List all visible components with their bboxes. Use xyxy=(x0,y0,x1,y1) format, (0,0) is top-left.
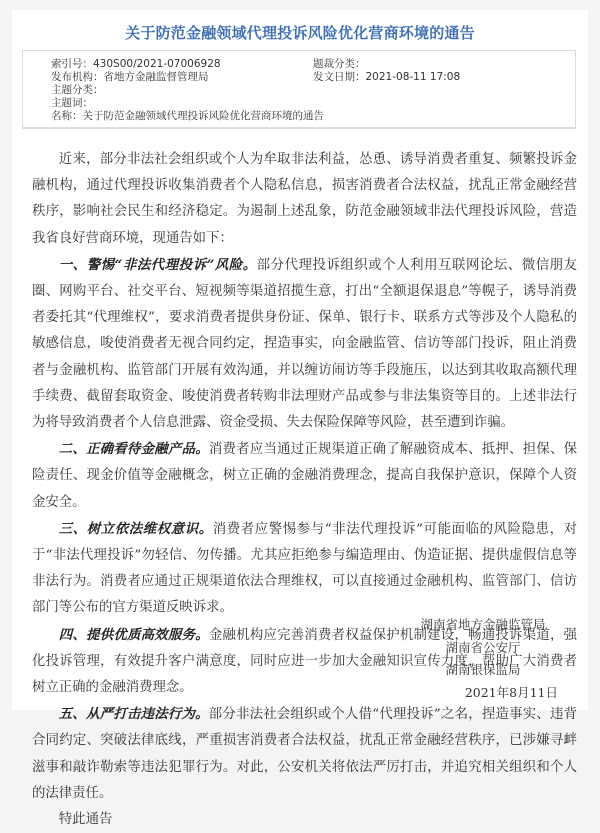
document-panel: 关于防范金融领域代理投诉风险优化营商环境的通告 索引号：430S00/2021-… xyxy=(12,10,588,696)
section-heading-3: 三、树立依法维权意识。 xyxy=(59,521,213,537)
info-category-label: 题裁分类： xyxy=(313,58,366,70)
info-keywords-label: 主题词： xyxy=(51,97,93,109)
info-publisher-value: 省地方金融监督管理局 xyxy=(104,71,209,83)
signature-block: 湖南省地方金融监管局 湖南省公安厅 湖南银保监局 2021年8月11日 xyxy=(408,614,558,696)
section-heading-1: 一、警惕“非法代理投诉”风险。 xyxy=(59,257,257,273)
info-publisher: 发布机构：省地方金融监督管理局 xyxy=(51,71,209,84)
section-heading-4: 四、提供优质高效服务。 xyxy=(59,627,209,643)
info-name: 名称：关于防范金融领域代理投诉风险优化营商环境的通告 xyxy=(51,110,324,123)
info-index-no-label: 索引号： xyxy=(51,58,93,70)
info-date-label: 发文日期： xyxy=(313,71,366,83)
info-name-value: 关于防范金融领域代理投诉风险优化营商环境的通告 xyxy=(83,110,325,122)
info-date: 发文日期：2021-08-11 17:08 xyxy=(313,71,460,84)
info-index-no-value: 430S00/2021-07006928 xyxy=(93,58,221,70)
page-title: 关于防范金融领域代理投诉风险优化营商环境的通告 xyxy=(12,22,588,43)
signatory-1: 湖南省地方金融监管局 xyxy=(408,614,558,637)
section-paragraph-2: 二、正确看待金融产品。消费者应当通过正规渠道正确了解融资成本、抵押、担保、保险责… xyxy=(32,436,577,516)
info-publisher-label: 发布机构： xyxy=(51,71,104,83)
intro-paragraph: 近来，部分非法社会组织或个人为牟取非法利益，怂恿、诱导消费者重复、频繁投诉金融机… xyxy=(32,147,577,252)
document-info-box: 索引号：430S00/2021-07006928 题裁分类： 发布机构：省地方金… xyxy=(22,50,576,129)
info-subject-category: 主题分类： xyxy=(51,84,104,97)
info-date-value: 2021-08-11 17:08 xyxy=(366,71,461,83)
info-name-label: 名称： xyxy=(51,110,83,122)
section-heading-2: 二、正确看待金融产品。 xyxy=(59,441,209,457)
info-subject-category-label: 主题分类： xyxy=(51,84,104,96)
info-keywords: 主题词： xyxy=(51,97,93,110)
signatory-3: 湖南银保监局 xyxy=(408,659,558,682)
info-category: 题裁分类： xyxy=(313,58,366,71)
sign-date: 2021年8月11日 xyxy=(408,682,558,697)
section-text-1: 部分代理投诉组织或个人利用互联网论坛、微信朋友圈、网购平台、社交平台、短视频等渠… xyxy=(32,258,577,430)
signatory-2: 湖南省公安厅 xyxy=(408,637,558,660)
section-paragraph-3: 三、树立依法维权意识。消费者应警惕参与“非法代理投诉”可能面临的风险隐患，对于“… xyxy=(32,516,577,622)
section-paragraph-1: 一、警惕“非法代理投诉”风险。部分代理投诉组织或个人利用互联网论坛、微信朋友圈、… xyxy=(32,252,577,436)
info-index-no: 索引号：430S00/2021-07006928 xyxy=(51,58,221,71)
